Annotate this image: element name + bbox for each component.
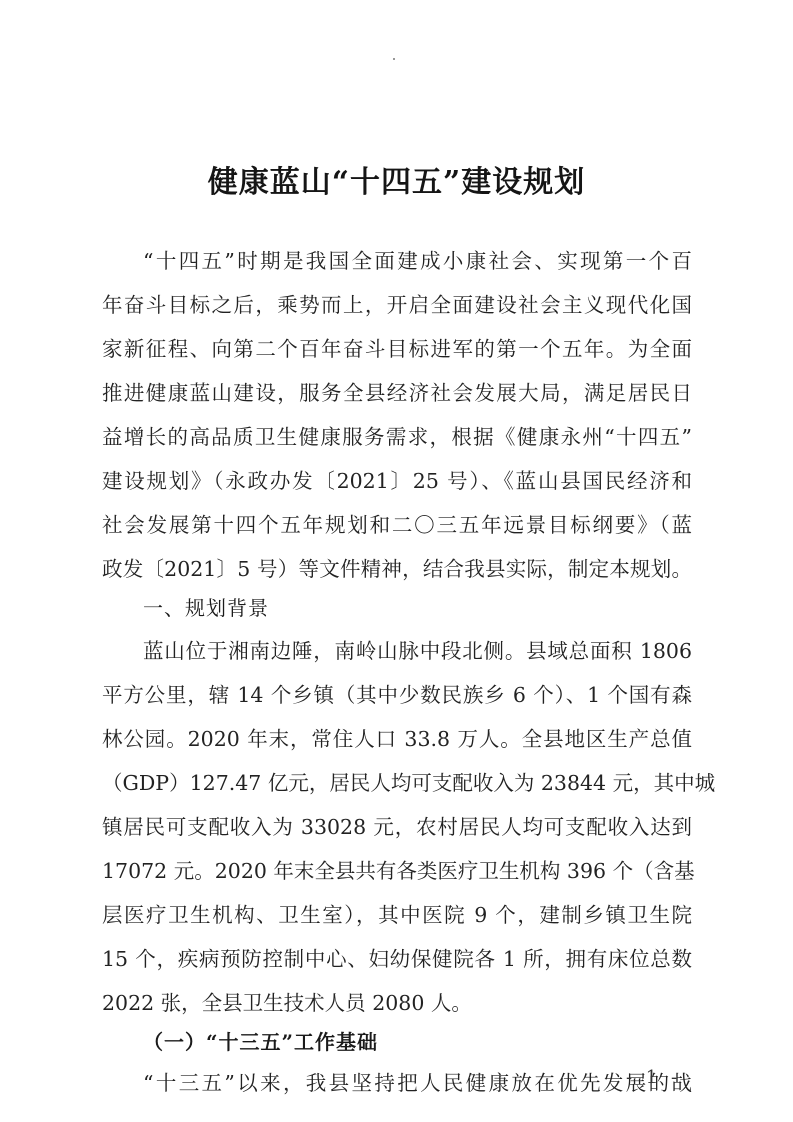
intro-line-7: 社会发展第十四个五年规划和二〇三五年远景目标纲要》（蓝 — [102, 510, 692, 540]
intro-line-5: 益增长的高品质卫生健康服务需求，根据《健康永州“十四五” — [102, 422, 692, 452]
section1-line-5: 镇居民可支配收入为 33028 元，农村居民人均可支配收入达到 — [102, 812, 692, 842]
page-number: - 1 - — [626, 1067, 681, 1088]
intro-line-2: 年奋斗目标之后，乘势而上，开启全面建设社会主义现代化国 — [102, 290, 692, 320]
document-title: 健康蓝山“十四五”建设规划 — [0, 163, 793, 203]
section1-line-4: （GDP）127.47 亿元，居民人均可支配收入为 23844 元，其中城 — [102, 768, 692, 798]
section1-line-6: 17072 元。2020 年末全县共有各类医疗卫生机构 396 个（含基 — [102, 856, 692, 886]
intro-line-4: 推进健康蓝山建设，服务全县经济社会发展大局，满足居民日 — [102, 378, 692, 408]
section1-line-3: 林公园。2020 年末，常住人口 33.8 万人。全县地区生产总值 — [102, 724, 692, 754]
section1-line-1: 蓝山位于湘南边陲，南岭山脉中段北侧。县域总面积 1806 — [143, 636, 692, 666]
section-heading-background: 一、规划背景 — [143, 593, 269, 623]
intro-line-6: 建设规划》（永政办发〔2021〕25 号）、《蓝山县国民经济和 — [102, 466, 692, 496]
section1-line-2: 平方公里，辖 14 个乡镇（其中少数民族乡 6 个）、1 个国有森 — [102, 680, 692, 710]
intro-line-1: “十四五”时期是我国全面建成小康社会、实现第一个百 — [143, 246, 692, 276]
intro-line-8: 政发〔2021〕5 号）等文件精神，结合我县实际，制定本规划。 — [102, 554, 692, 584]
section1-line-7: 层医疗卫生机构、卫生室），其中医院 9 个，建制乡镇卫生院 — [102, 900, 692, 930]
intro-line-3: 家新征程、向第二个百年奋斗目标进军的第一个五年。为全面 — [102, 334, 692, 364]
subsection-heading-foundation: （一）“十三五”工作基础 — [143, 1027, 378, 1057]
document-page: 健康蓝山“十四五”建设规划 “十四五”时期是我国全面建成小康社会、实现第一个百 … — [0, 0, 793, 1122]
section1-line-8: 15 个，疾病预防控制中心、妇幼保健院各 1 所，拥有床位总数 — [102, 944, 692, 974]
subsection1-line-1: “十三五”以来，我县坚持把人民健康放在优先发展的战 — [143, 1068, 692, 1098]
scan-speck — [393, 58, 395, 60]
section1-line-9: 2022 张，全县卫生技术人员 2080 人。 — [102, 988, 692, 1018]
